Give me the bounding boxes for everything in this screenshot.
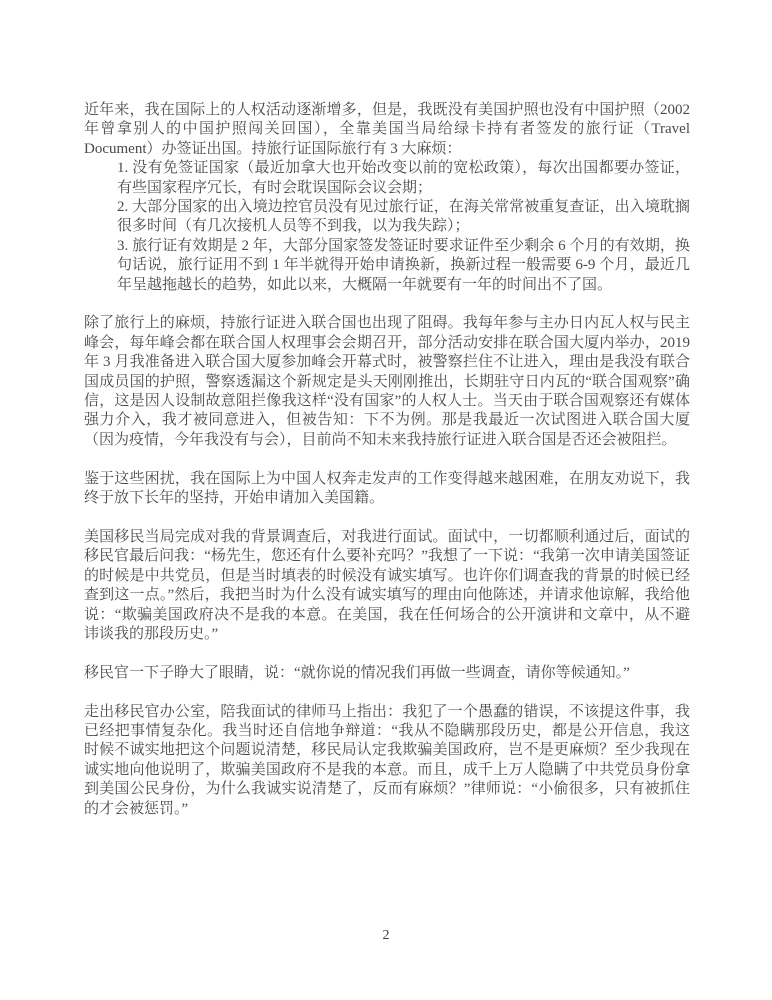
- paragraph-immigration-interview: 美国移民当局完成对我的背景调查后，对我进行面试。面试中，一切都顺利通过后，面试的…: [84, 528, 690, 644]
- paragraph-travel-document-intro: 近年来，我在国际上的人权活动逐渐增多，但是，我既没有美国护照也没有中国护照（20…: [84, 101, 690, 159]
- paragraph-lawyer-comment: 走出移民官办公室，陪我面试的律师马上指出：我犯了一个愚蠢的错误，不该提这件事，我…: [84, 703, 690, 819]
- list-item-3-validity: 3. 旅行证有效期是 2 年，大部分国家签发签证时要求证件至少剩余 6 个月的有…: [117, 237, 690, 295]
- list-item-1-visa-free: 1. 没有免签证国家（最近加拿大也开始改变以前的宽松政策），每次出国都要办签证，…: [117, 159, 690, 198]
- page-footer: 2: [0, 928, 772, 944]
- paragraph-officer-response: 移民官一下子睁大了眼睛，说：“就你说的情况我们再做一些调查，请你等候通知。”: [84, 664, 690, 683]
- paragraph-un-entry: 除了旅行上的麻烦，持旅行证进入联合国也出现了阻碍。我每年参与主办日内瓦人权与民主…: [84, 314, 690, 450]
- document-page: 近年来，我在国际上的人权活动逐渐增多，但是，我既没有美国护照也没有中国护照（20…: [0, 0, 772, 1000]
- document-body: 近年来，我在国际上的人权活动逐渐增多，但是，我既没有美国护照也没有中国护照（20…: [84, 101, 690, 819]
- page-number: 2: [383, 928, 390, 943]
- paragraph-apply-citizenship: 鉴于这些困扰，我在国际上为中国人权奔走发声的工作变得越来越困难，在朋友劝说下，我…: [84, 470, 690, 509]
- list-item-2-border-control: 2. 大部分国家的出入境边控官员没有见过旅行证，在海关常常被重复查证，出入境耽搁…: [117, 198, 690, 237]
